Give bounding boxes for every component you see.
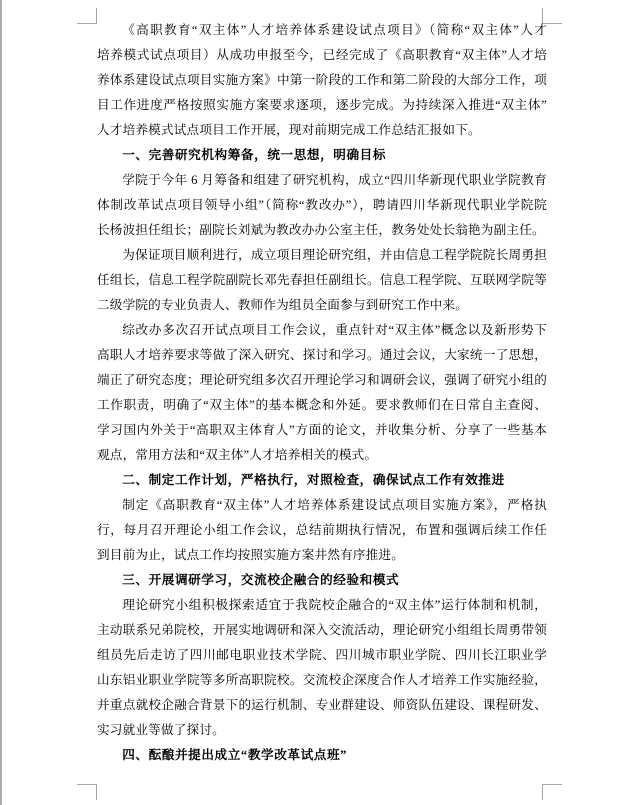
page-left-edge (0, 0, 2, 805)
paragraph: 《高职教育“双主体”人才培养体系建设试点项目》（简称“双主体”人才培养模式试点项… (97, 18, 547, 143)
section-heading: 四、酝酿并提出成立“教学改革试点班” (97, 743, 547, 768)
section-heading: 二、制定工作计划，严格执行，对照检查，确保试点工作有效推进 (97, 468, 547, 493)
paragraph: 学院于今年 6 月筹备和组建了研究机构，成立“四川华新现代职业学院教育体制改革试… (97, 168, 547, 243)
document-body: 《高职教育“双主体”人才培养体系建设试点项目》（简称“双主体”人才培养模式试点项… (97, 18, 547, 768)
crop-mark-bottom-left (77, 784, 97, 800)
text-line: 山东铝业职业学院等多所高职院校。交流校企深度合作人才培养工作实施经验， (97, 668, 547, 693)
text-line: 养体系建设试点项目实施方案》中第一阶段的工作和第二阶段的大部分工作，项 (97, 68, 547, 93)
text-line: 二级学院的专业负责人、教师作为组员全面参与到研究工作中来。 (97, 293, 547, 318)
text-line: 主动联系兄弟院校，开展实地调研和深入交流活动，理论研究小组组长周勇带领 (97, 618, 547, 643)
heading-line: 二、制定工作计划，严格执行，对照检查，确保试点工作有效推进 (97, 468, 547, 493)
paragraph: 制定《高职教育“双主体”人才培养体系建设试点项目实施方案》，严格执行，每月召开理… (97, 493, 547, 568)
text-line: 体制改革试点项目领导小组”（简称“教改办”），聘请四川华新现代职业学院院 (97, 193, 547, 218)
document-page: { "page": { "width": 637, "height": 805,… (0, 0, 637, 805)
text-line: 到目前为止，试点工作均按照实施方案井然有序推进。 (97, 543, 547, 568)
text-line: 并重点就校企融合背景下的运行机制、专业群建设、师资队伍建设、课程研发、 (97, 693, 547, 718)
text-line: 实习就业等做了探讨。 (97, 718, 547, 743)
text-line: 理论研究小组积极探索适宜于我院校企融合的“双主体”运行体制和机制， (97, 593, 547, 618)
text-line: 《高职教育“双主体”人才培养体系建设试点项目》（简称“双主体”人才 (97, 18, 547, 43)
text-line: 人才培养模式试点项目工作开展，现对前期完成工作总结汇报如下。 (97, 118, 547, 143)
heading-line: 一、完善研究机构筹备，统一思想，明确目标 (97, 143, 547, 168)
text-line: 学院于今年 6 月筹备和组建了研究机构，成立“四川华新现代职业学院教育 (97, 168, 547, 193)
text-line: 工作职责，明确了“双主体”的基本概念和外延。要求教师们在日常自主查阅、 (97, 393, 547, 418)
paragraph: 为保证项目顺利进行，成立项目理论研究组，并由信息工程学院院长周勇担任组长，信息工… (97, 243, 547, 318)
text-line: 制定《高职教育“双主体”人才培养体系建设试点项目实施方案》，严格执 (97, 493, 547, 518)
text-line: 培养模式试点项目）从成功申报至今，已经完成了《高职教育“双主体”人才培 (97, 43, 547, 68)
text-line: 学习国内外关于“高职双主体育人”方面的论文，并收集分析、分享了一些基本 (97, 418, 547, 443)
section-heading: 一、完善研究机构筹备，统一思想，明确目标 (97, 143, 547, 168)
text-line: 目工作进度严格按照实施方案要求逐项，逐步完成。为持续深入推进“双主体” (97, 93, 547, 118)
crop-mark-bottom-right (542, 784, 562, 800)
heading-line: 三、开展调研学习，交流校企融合的经验和模式 (97, 568, 547, 593)
section-heading: 三、开展调研学习，交流校企融合的经验和模式 (97, 568, 547, 593)
text-line: 综改办多次召开试点项目工作会议，重点针对“双主体”概念以及新形势下 (97, 318, 547, 343)
text-line: 行，每月召开理论小组工作会议，总结前期执行情况，布置和强调后续工作任务， (97, 518, 547, 543)
crop-mark-top-left (77, 8, 97, 24)
heading-line: 四、酝酿并提出成立“教学改革试点班” (97, 743, 547, 768)
text-line: 高职人才培养要求等做了深入研究、探讨和学习。通过会议，大家统一了思想， (97, 343, 547, 368)
text-line: 任组长，信息工程学院副院长邓先春担任副组长。信息工程学院、互联网学院等 (97, 268, 547, 293)
text-line: 长杨波担任组长；副院长刘斌为教改办办公室主任，教务处处长翁艳为副主任。 (97, 218, 547, 243)
text-line: 端正了研究态度；理论研究组多次召开理论学习和调研会议，强调了研究小组的 (97, 368, 547, 393)
paragraph: 理论研究小组积极探索适宜于我院校企融合的“双主体”运行体制和机制，主动联系兄弟院… (97, 593, 547, 743)
paragraph: 综改办多次召开试点项目工作会议，重点针对“双主体”概念以及新形势下高职人才培养要… (97, 318, 547, 468)
text-line: 组员先后走访了四川邮电职业技术学院、四川城市职业学院、四川长江职业学院、 (97, 643, 547, 668)
text-line: 为保证项目顺利进行，成立项目理论研究组，并由信息工程学院院长周勇担 (97, 243, 547, 268)
text-line: 观点，常用方法和“双主体”人才培养相关的模式。 (97, 443, 547, 468)
